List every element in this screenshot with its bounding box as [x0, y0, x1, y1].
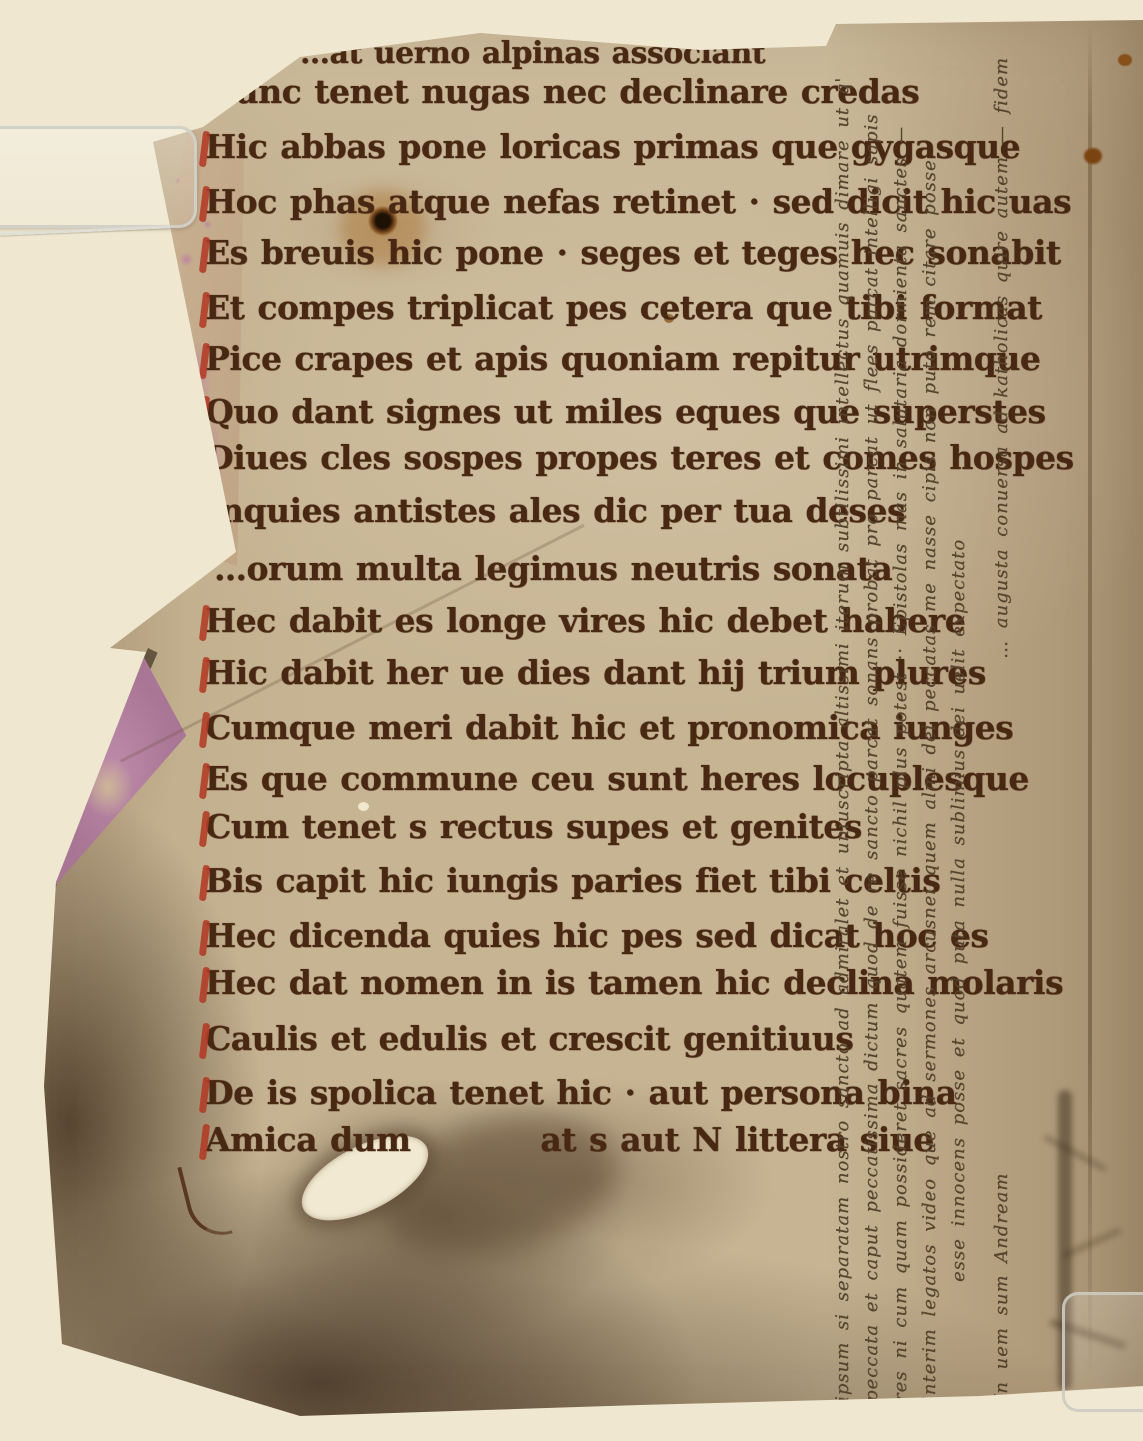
rubric-stroke [199, 495, 210, 532]
mounting-clip-top-left [0, 126, 197, 228]
photograph-backdrop: …at uerno alpinas associant Nunc tenet n… [0, 0, 1143, 1441]
mounting-clip-bottom-right [1062, 1292, 1143, 1412]
rubric-stroke [199, 442, 210, 479]
rubric-stroke [199, 76, 210, 113]
